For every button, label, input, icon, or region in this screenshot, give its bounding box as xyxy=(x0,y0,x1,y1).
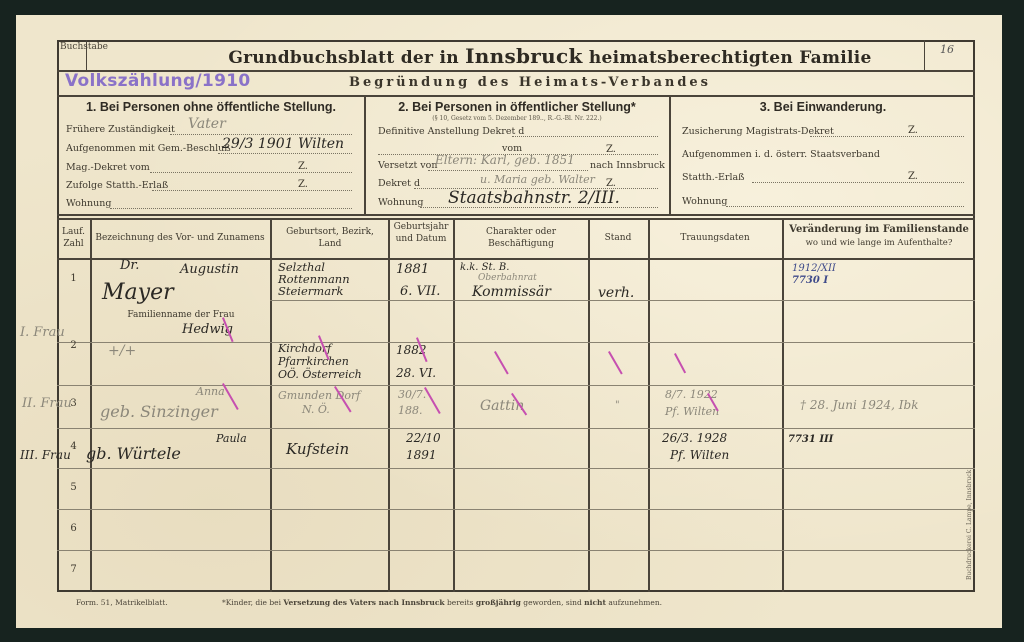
footnote-bold: nicht xyxy=(584,598,606,607)
column-header-stand: Stand xyxy=(588,232,648,244)
field-value-handwritten: Eltern: Karl, geb. 1851 xyxy=(435,153,575,167)
name-title: Dr. xyxy=(120,258,139,273)
birthplace: Selzthal Rottenmann Steiermark xyxy=(278,261,350,297)
birth-date: 6. VII. xyxy=(400,284,440,299)
surname: gb. Würtele xyxy=(86,444,181,463)
title-suffix: heimatsberechtigten Familie xyxy=(589,48,872,68)
margin-note: II. Frau xyxy=(22,396,72,411)
title-prefix: Grundbuchsblatt der in xyxy=(228,48,459,68)
surname: geb. Sinzinger xyxy=(100,402,218,421)
field-value-handwritten: 29/3 1901 Wilten xyxy=(222,136,344,152)
change-note: † 28. Juni 1924, Ibk xyxy=(800,398,919,412)
change-note: 7730 I xyxy=(792,275,828,286)
field-value-handwritten: u. Maria geb. Walter xyxy=(480,173,595,186)
field-label: Wohnung xyxy=(682,196,727,207)
column-divider xyxy=(453,218,455,592)
birthplace: Gmunden Dorf N. Ö. xyxy=(278,389,360,417)
column-divider xyxy=(388,218,390,592)
fill-line xyxy=(428,170,588,171)
column-header-birthplace: Geburtsort, Bezirk, Land xyxy=(280,226,380,250)
occupation: Kommissär xyxy=(472,284,551,300)
sheet-number: 16 xyxy=(940,43,954,56)
birth-year: 1881 xyxy=(396,262,429,277)
fill-line xyxy=(218,153,352,154)
marriage-data: 8/7. 1922 Pf. Wilten xyxy=(665,386,719,420)
birth-date: 28. VI. xyxy=(396,366,436,380)
column-divider xyxy=(588,218,590,592)
section-3-heading: 3. Bei Einwanderung. xyxy=(672,100,974,114)
birthplace: Kirchdorf Pfarrkirchen OÖ. Österreich xyxy=(278,342,362,381)
column-header-lauf-zahl: Lauf. Zahl xyxy=(57,226,90,250)
z-marker: Z. xyxy=(606,144,616,155)
given-name: Anna xyxy=(196,385,225,398)
footnote-text: aufzunehmen. xyxy=(608,598,662,607)
row-divider xyxy=(57,550,975,551)
wife-name-label: Familienname der Frau xyxy=(92,309,270,321)
birthplace-line: Pfarrkirchen xyxy=(278,355,362,368)
field-label: Aufgenommen i. d. österr. Staatsverband xyxy=(682,149,880,160)
census-stamp: Volkszählung/1910 xyxy=(65,71,250,91)
birthplace-line: OÖ. Österreich xyxy=(278,368,362,381)
occupation-prefix: k.k. St. B. xyxy=(460,262,509,273)
row-number: 7 xyxy=(57,564,90,575)
column-header-marriage: Trauungsdaten xyxy=(648,232,782,244)
marital-status: verh. xyxy=(598,285,634,301)
column-header-occupation: Charakter oder Beschäftigung xyxy=(462,226,580,250)
birth-line: 22/10 xyxy=(406,430,441,447)
field-label: Mag.-Dekret vom xyxy=(66,162,150,173)
given-name: Paula xyxy=(216,432,247,445)
column-header-residence: wo und wie lange im Aufenthalte? xyxy=(784,237,974,249)
row-divider xyxy=(57,509,975,510)
footnote-bold: großjährig xyxy=(476,598,521,607)
divider xyxy=(57,95,975,97)
fill-line xyxy=(726,206,964,207)
divider xyxy=(57,218,975,220)
row-number: 5 xyxy=(57,482,90,493)
divider xyxy=(669,95,671,215)
field-label: Statth.-Erlaß xyxy=(682,172,745,183)
occupation-struck: Oberbahnrat xyxy=(478,273,537,283)
marriage-line: Pf. Wilten xyxy=(665,403,719,420)
fill-line xyxy=(152,190,352,191)
birthplace-line: Kirchdorf xyxy=(278,342,362,355)
section-1-heading: 1. Bei Personen ohne öffentliche Stellun… xyxy=(60,100,362,114)
fill-line xyxy=(810,136,964,137)
field-value-handwritten: Staatsbahnstr. 2/III. xyxy=(448,188,620,208)
divider xyxy=(924,40,925,70)
given-name: Augustin xyxy=(180,262,239,277)
change-note: 7731 III xyxy=(788,434,833,445)
footnote-text: geworden, sind xyxy=(523,598,581,607)
birth-line: 30/7. xyxy=(398,387,426,403)
column-header-name: Bezeichnung des Vor- und Zunamens xyxy=(90,232,270,244)
row-divider xyxy=(57,342,975,343)
birthplace: Kufstein xyxy=(286,440,349,458)
divider xyxy=(57,258,975,260)
field-label: Frühere Zuständigkeit xyxy=(66,124,175,135)
subtitle: Begründung des Heimats-Verbandes xyxy=(300,75,760,90)
change-note: 1912/XII xyxy=(792,263,836,274)
fill-line xyxy=(150,172,352,173)
form-number: Form. 51, Matrikelblatt. xyxy=(76,598,168,607)
margin-note: III. Frau xyxy=(20,448,71,462)
row-number: 6 xyxy=(57,523,90,534)
column-divider xyxy=(648,218,650,592)
struck-entry: +/+ xyxy=(108,343,136,359)
fill-line xyxy=(512,136,658,137)
column-header-birthdate: Geburtsjahr und Datum xyxy=(390,221,452,245)
footnote-text: *Kinder, die bei xyxy=(222,598,281,607)
marriage-line: 26/3. 1928 xyxy=(662,430,729,447)
field-value-handwritten: Vater xyxy=(188,116,226,132)
footnote: *Kinder, die bei Versetzung des Vaters n… xyxy=(222,598,662,607)
row-number: 2 xyxy=(57,340,90,351)
fill-line xyxy=(110,208,352,209)
section-2-heading: 2. Bei Personen in öffentlicher Stellung… xyxy=(366,100,668,114)
birth-date: 22/10 1891 xyxy=(406,430,441,464)
printer-imprint: Buchdruckerei C. Lampe, Innsbruck xyxy=(966,470,973,580)
row-divider xyxy=(57,468,975,469)
marriage-data: 26/3. 1928 Pf. Wilten xyxy=(662,430,729,464)
birthplace-line: Steiermark xyxy=(278,285,350,297)
field-label: Aufgenommen mit Gem.-Beschluß xyxy=(66,143,231,154)
row-divider xyxy=(57,385,975,386)
z-marker: Z. xyxy=(298,161,308,172)
z-marker: Z. xyxy=(908,125,918,136)
field-label-suffix: nach Innsbruck xyxy=(590,160,665,171)
birth-date: 30/7. 188. xyxy=(398,387,426,419)
row-number: 1 xyxy=(57,273,90,284)
fill-line xyxy=(752,182,964,183)
z-marker: Z. xyxy=(908,171,918,182)
z-marker: Z. xyxy=(298,179,308,190)
field-label: Definitive Anstellung Dekret d xyxy=(378,126,524,137)
section-2-subheading: (§ 10, Gesetz vom 5. Dezember 189.., R.-… xyxy=(366,115,668,122)
column-divider xyxy=(270,218,272,592)
column-divider xyxy=(90,218,92,592)
footnote-text: bereits xyxy=(447,598,474,607)
birth-line: 1891 xyxy=(406,447,441,464)
footnote-bold: Versetzung des Vaters nach Innsbruck xyxy=(283,598,444,607)
buchstabe-label: Buchstabe xyxy=(60,42,108,52)
divider xyxy=(57,214,975,216)
field-label: Wohnung xyxy=(66,198,111,209)
ditto-mark: " xyxy=(615,400,620,411)
margin-note: I. Frau xyxy=(20,325,65,340)
marriage-line: Pf. Wilten xyxy=(662,447,729,464)
document-title: Grundbuchsblatt der in Innsbruck heimats… xyxy=(200,44,900,68)
column-header-change: Veränderung im Familienstande xyxy=(784,224,974,236)
birthplace-line: Gmunden Dorf xyxy=(278,389,360,403)
birth-line: 188. xyxy=(398,403,426,419)
title-city: Innsbruck xyxy=(465,44,583,68)
surname: Mayer xyxy=(102,280,174,305)
column-divider xyxy=(782,218,784,592)
field-label: Wohnung xyxy=(378,197,423,208)
row-divider xyxy=(57,428,975,429)
fill-line xyxy=(170,134,352,135)
